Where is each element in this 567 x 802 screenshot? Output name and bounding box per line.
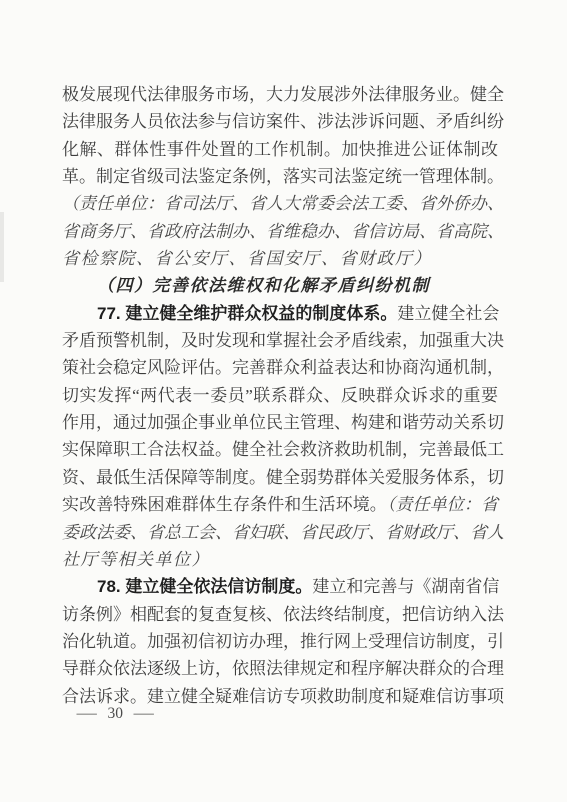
body-line: 实保障职工合法权益。健全社会救济救助机制，完善最低工 (62, 436, 498, 463)
body-line: 极发展现代法律服务市场，大力发展涉外法律服务业。健全 (62, 81, 498, 108)
body-line: 策社会稳定风险评估。完善群众利益表达和协商沟通机制， (62, 354, 498, 381)
body-line: 治化轨道。加强初信初访办理，推行网上受理信访制度，引 (62, 628, 498, 655)
text-segment-normal: 法律服务人员依法参与信访案件、涉法涉诉问题、矛盾纠纷 (62, 112, 504, 131)
body-line: 作用，通过加强企事业单位民主管理、构建和谐劳动关系切 (62, 409, 498, 436)
text-segment-normal: 实改善特殊困难群体生存条件和生活环境。 (62, 495, 387, 514)
footer-dash-left: — (77, 702, 97, 726)
text-segment-normal: 切实发挥“两代表一委员”联系群众、反映群众诉求的重要 (62, 386, 498, 405)
body-line: 革。制定省级司法鉴定条例，落实司法鉴定统一管理体制。 (62, 163, 498, 190)
text-segment-kai: （责任单位：省司法厅、省人大常委会法工委、省外侨办、 (62, 194, 504, 213)
body-line: 矛盾预警机制，及时发现和掌握社会矛盾线索，加强重大决 (62, 327, 498, 354)
text-segment-kai: 社厅等相关单位） (62, 550, 210, 569)
text-segment-normal: 访条例》相配套的复查复核、依法终结制度，把信访纳入法 (62, 605, 504, 624)
responsibility-unit-line: 省检察院、省公安厅、省国安厅、省财政厅） (62, 245, 498, 272)
text-segment-normal: 革。制定省级司法鉴定条例，落实司法鉴定统一管理体制。 (62, 167, 504, 186)
responsibility-unit-line: 省商务厅、省政府法制办、省维稳办、省信访局、省高院、 (62, 218, 498, 245)
body-line: 实改善特殊困难群体生存条件和生活环境。（责任单位：省 (62, 491, 498, 518)
section-heading: （四）完善依法维权和化解矛盾纠纷机制 (62, 272, 498, 299)
footer-page-number: 30 (108, 702, 124, 726)
item-77-line: 77. 建立健全维护群众权益的制度体系。建立健全社会 (62, 300, 498, 327)
text-segment-kai: 省商务厅、省政府法制办、省维稳办、省信访局、省高院、 (62, 222, 504, 241)
body-line: 法律服务人员依法参与信访案件、涉法涉诉问题、矛盾纠纷 (62, 108, 498, 135)
responsibility-unit-line: （责任单位：省司法厅、省人大常委会法工委、省外侨办、 (62, 190, 498, 217)
page-number-footer: — 30 — (79, 702, 152, 726)
item-78-line: 78. 建立健全依法信访制度。建立和完善与《湖南省信 (62, 573, 498, 600)
text-segment-normal: 治化轨道。加强初信初访办理，推行网上受理信访制度，引 (62, 632, 504, 651)
text-segment-normal: 作用，通过加强企事业单位民主管理、构建和谐劳动关系切 (62, 413, 504, 432)
scan-artifact (0, 212, 4, 282)
text-segment-normal: 建立健全社会 (397, 304, 499, 323)
responsibility-unit-line: 社厅等相关单位） (62, 546, 498, 573)
text-segment-kai: （责任单位：省 (387, 495, 498, 514)
text-segment-normal: 极发展现代法律服务市场，大力发展涉外法律服务业。健全 (62, 85, 504, 104)
text-segment-bold: 78. 建立健全依法信访制度。 (97, 577, 312, 596)
responsibility-unit-line: 委政法委、省总工会、省妇联、省民政厅、省财政厅、省人 (62, 519, 498, 546)
text-segment-normal: 化解、群体性事件处置的工作机制。加快推进公证体制改 (62, 140, 498, 159)
body-line: 资、最低生活保障等制度。健全弱势群体关爱服务体系，切 (62, 464, 498, 491)
text-segment-normal: 建立和完善与《湖南省信 (312, 577, 499, 596)
text-segment-kai: 委政法委、省总工会、省妇联、省民政厅、省财政厅、省人 (62, 523, 504, 542)
text-segment-normal: 策社会稳定风险评估。完善群众利益表达和协商沟通机制， (62, 358, 504, 377)
footer-dash-right: — (134, 702, 154, 726)
text-segment-normal: 资、最低生活保障等制度。健全弱势群体关爱服务体系，切 (62, 468, 504, 487)
text-segment-normal: 矛盾预警机制，及时发现和掌握社会矛盾线索，加强重大决 (62, 331, 504, 350)
body-line: 化解、群体性事件处置的工作机制。加快推进公证体制改 (62, 136, 498, 163)
document-body: 极发展现代法律服务市场，大力发展涉外法律服务业。健全法律服务人员依法参与信访案件… (62, 81, 498, 710)
text-segment-bold: 77. 建立健全维护群众权益的制度体系。 (97, 304, 397, 323)
body-line: 访条例》相配套的复查复核、依法终结制度，把信访纳入法 (62, 601, 498, 628)
text-segment-normal: 实保障职工合法权益。健全社会救济救助机制，完善最低工 (62, 440, 504, 459)
text-segment-kaibold: （四）完善依法维权和化解矛盾纠纷机制 (97, 276, 430, 295)
body-line: 切实发挥“两代表一委员”联系群众、反映群众诉求的重要 (62, 382, 498, 409)
text-segment-normal: 导群众依法逐级上访，依照法律规定和程序解决群众的合理 (62, 659, 504, 678)
body-line: 导群众依法逐级上访，依照法律规定和程序解决群众的合理 (62, 655, 498, 682)
document-page: 极发展现代法律服务市场，大力发展涉外法律服务业。健全法律服务人员依法参与信访案件… (0, 0, 567, 802)
text-segment-kai: 省检察院、省公安厅、省国安厅、省财政厅） (62, 249, 432, 268)
